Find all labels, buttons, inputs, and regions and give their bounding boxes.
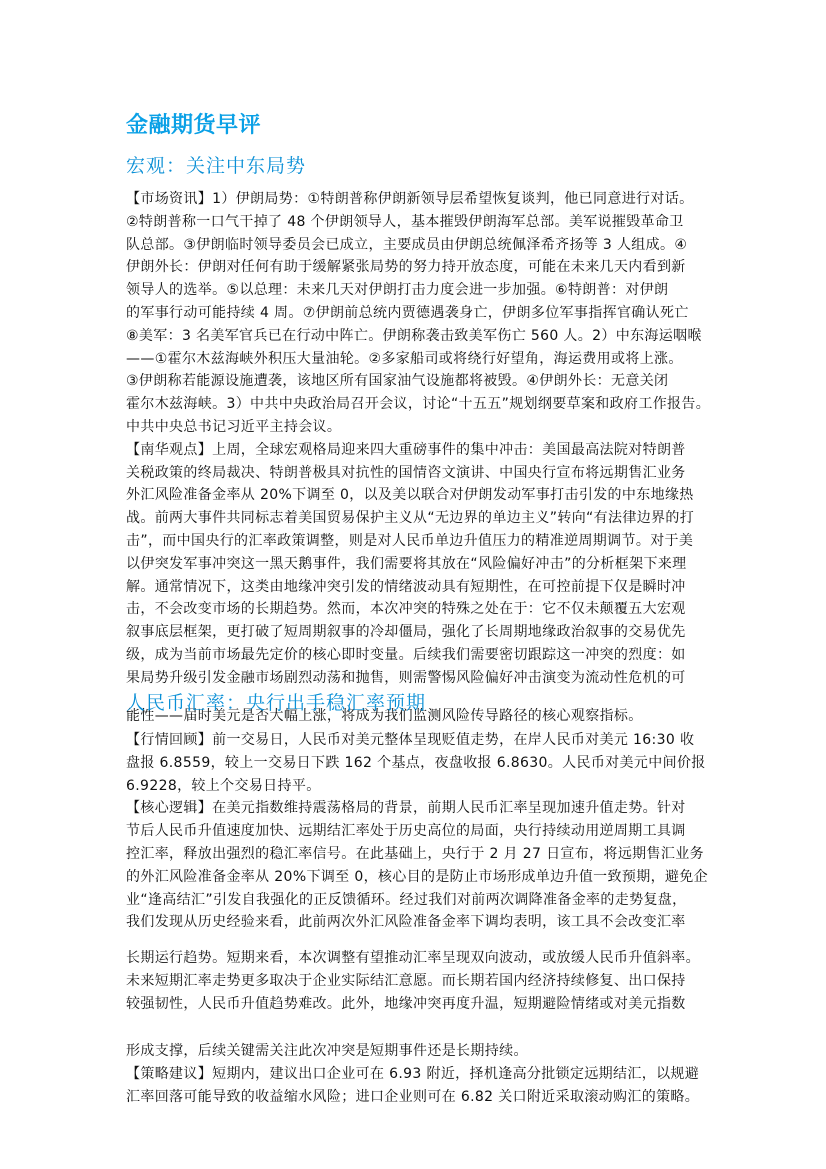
text-line: ——①霍尔木兹海峡外积压大量油轮。②多家船司或将绕行好望角，海运费用或将上涨。: [126, 348, 716, 371]
text-line: 我们发现从历史经验来看，此前两次外汇风险准备金率下调均表明，该工具不会改变汇率: [126, 911, 716, 934]
document-title: 金融期货早评: [126, 108, 716, 139]
text-line: 以伊突发军事冲突这一黑天鹅事件，我们需要将其放在“风险偏好冲击”的分析框架下来理: [126, 553, 716, 576]
text-line: 霍尔木兹海峡。3）中共中央政治局召开会议，讨论“十五五”规划纲要草案和政府工作报…: [126, 393, 716, 416]
text-line: 中共中央总书记习近平主持会议。: [126, 416, 716, 439]
text-line: 控汇率，释放出强烈的稳汇率信号。在此基础上，央行于 2 月 27 日宣布，将远期…: [126, 843, 716, 866]
text-line: 战。前两大事件共同标志着美国贸易保护主义从“无边界的单边主义”转向“有法律边界的…: [126, 507, 716, 530]
text-line: 叙事底层框架，更打破了短周期叙事的冷却僵局，强化了长周期地缘政治叙事的交易优先: [126, 621, 716, 644]
text-line: 【市场资讯】1）伊朗局势：①特朗普称伊朗新领导层希望恢复谈判，他已同意进行对话。: [126, 188, 716, 211]
text-line: 长期运行趋势。短期来看，本次调整有望推动汇率呈现双向波动，或放缓人民币升值斜率。: [126, 947, 716, 970]
section-heading-rmb-fx: 人民币汇率：央行出手稳汇率预期: [126, 688, 716, 715]
text-line: ⑧美军：3 名美军官兵已在行动中阵亡。伊朗称袭击致美军伤亡 560 人。2）中东…: [126, 325, 716, 348]
macro-body-continued: 叙事底层框架，更打破了短周期叙事的冷却僵局，强化了长周期地缘政治叙事的交易优先级…: [126, 621, 716, 689]
text-line: 未来短期汇率走势更多取决于企业实际结汇意愿。而长期若国内经济持续修复、出口保持: [126, 970, 716, 993]
fx-body-continued: 长期运行趋势。短期来看，本次调整有望推动汇率呈现双向波动，或放缓人民币升值斜率。…: [126, 947, 716, 1015]
text-line: 外汇风险准备金率从 20%下调至 0，以及美以联合对伊朗发动军事打击引发的中东地…: [126, 484, 716, 507]
text-line: 果局势升级引发金融市场剧烈动荡和抛售，则需警惕风险偏好冲击演变为流动性危机的可: [126, 667, 716, 690]
text-line: 业“逢高结汇”引发自我强化的正反馈循环。经过我们对前两次调降准备金率的走势复盘，: [126, 889, 716, 912]
text-line: ③伊朗称若能源设施遭袭，该地区所有国家油气设施都将被毁。④伊朗外长：无意关闭: [126, 370, 716, 393]
text-line: 汇率回落可能导致的收益缩水风险；进口企业则可在 6.82 关口附近采取滚动购汇的…: [126, 1086, 716, 1109]
text-line: 解。通常情况下，这类由地缘冲突引发的情绪波动具有短期性，在可控前提下仅是瞬时冲: [126, 576, 716, 599]
text-line: 较强韧性，人民币升值趋势难改。此外，地缘冲突再度升温，短期避险情绪或对美元指数: [126, 993, 716, 1016]
section-heading-macro: 宏观：关注中东局势: [126, 151, 716, 178]
text-line: 【南华观点】上周，全球宏观格局迎来四大重磅事件的集中冲击：美国最高法院对特朗普: [126, 439, 716, 462]
text-line: 击，不会改变市场的长期趋势。然而，本次冲突的特殊之处在于：它不仅未颠覆五大宏观: [126, 598, 716, 621]
text-line: 【核心逻辑】在美元指数维持震荡格局的背景，前期人民币汇率呈现加速升值走势。针对: [126, 797, 716, 820]
macro-body-paragraph: 【市场资讯】1）伊朗局势：①特朗普称伊朗新领导层希望恢复谈判，他已同意进行对话。…: [126, 188, 716, 621]
text-line: ②特朗普称一口气干掉了 48 个伊朗领导人，基本摧毁伊朗海军总部。美军说摧毁革命…: [126, 211, 716, 234]
text-line: 【策略建议】短期内，建议出口企业可在 6.93 附近，择机逢高分批锁定远期结汇，…: [126, 1063, 716, 1086]
fx-body-paragraph: 【行情回顾】前一交易日，人民币对美元整体呈现贬值走势，在岸人民币对美元 16:3…: [126, 729, 716, 934]
text-line: 队总部。③伊朗临时领导委员会已成立，主要成员由伊朗总统佩泽希齐扬等 3 人组成。…: [126, 234, 716, 257]
text-line: 【行情回顾】前一交易日，人民币对美元整体呈现贬值走势，在岸人民币对美元 16:3…: [126, 729, 716, 752]
text-line: 伊朗外长：伊朗对任何有助于缓解紧张局势的努力持开放态度，可能在未来几天内看到新: [126, 256, 716, 279]
text-line: 领导人的选举。⑤以总理：未来几天对伊朗打击力度会进一步加强。⑥特朗普：对伊朗: [126, 279, 716, 302]
text-line: 盘报 6.8559，较上一交易日下跌 162 个基点，夜盘收报 6.8630。人…: [126, 752, 716, 775]
text-line: 击”，而中国央行的汇率政策调整，则是对人民币单边升值压力的精准逆周期调节。对于美: [126, 530, 716, 553]
text-line: 节后人民币升值速度加快、远期结汇率处于历史高位的局面，央行持续动用逆周期工具调: [126, 820, 716, 843]
text-line: 级，成为当前市场最先定价的核心即时变量。后续我们需要密切跟踪这一冲突的烈度：如: [126, 644, 716, 667]
text-line: 的军事行动可能持续 4 周。⑦伊朗前总统内贾德遇袭身亡，伊朗多位军事指挥官确认死…: [126, 302, 716, 325]
text-line: 形成支撑，后续关键需关注此次冲突是短期事件还是长期持续。: [126, 1040, 716, 1063]
text-line: 关税政策的终局裁决、特朗普极具对抗性的国情咨文演讲、中国央行宣布将远期售汇业务: [126, 462, 716, 485]
text-line: 6.9228，较上个交易日持平。: [126, 775, 716, 798]
text-line: 的外汇风险准备金率从 20%下调至 0，核心目的是防止市场形成单边升值一致预期，…: [126, 866, 716, 889]
fx-strategy-paragraph: 形成支撑，后续关键需关注此次冲突是短期事件还是长期持续。【策略建议】短期内，建议…: [126, 1040, 716, 1108]
